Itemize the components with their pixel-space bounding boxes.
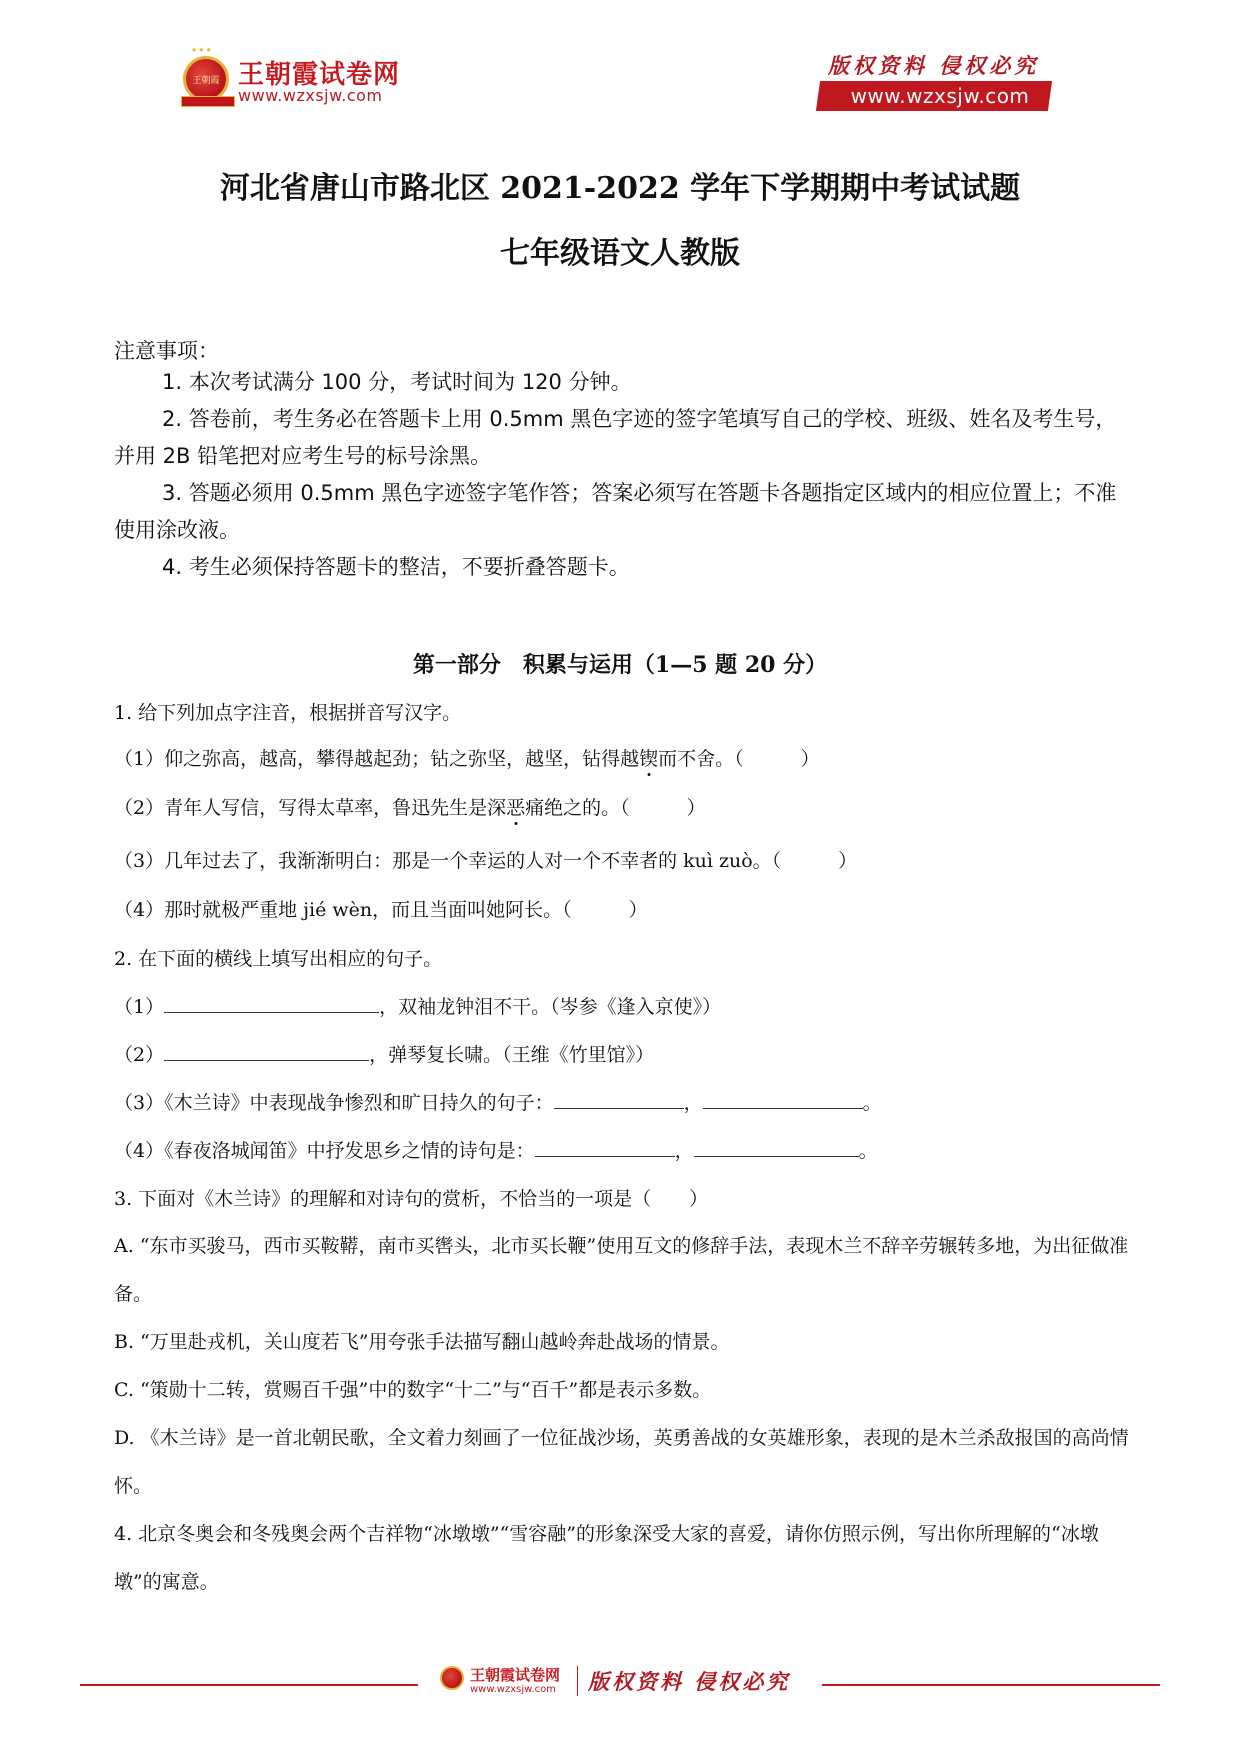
answer-blank[interactable] xyxy=(535,1138,675,1157)
question-1-stem: 1. 给下列加点字注音，根据拼音写汉字。 xyxy=(114,698,461,725)
notice-item-4: 4. 考生必须保持答题卡的整洁，不要折叠答题卡。 xyxy=(114,549,1124,586)
footer-brand-url: www.wzxsjw.com xyxy=(470,1684,556,1695)
separator: ， xyxy=(684,1092,703,1114)
dotted-char: 恶 xyxy=(506,797,525,819)
copyright-stamp: 版权资料 侵权必究 www.wzxsjw.com xyxy=(818,48,1058,114)
question-3-option-a: A. “东市买骏马，西市买鞍鞯，南市买辔头，北市买长鞭”使用互文的修辞手法，表现… xyxy=(114,1222,1134,1318)
footer-separator xyxy=(577,1666,578,1696)
item-label: （2） xyxy=(114,1044,164,1066)
section-title: 第一部分 积累与运用（1—5 题 20 分） xyxy=(0,648,1240,679)
question-2-item-2: （2），弹琴复长啸。（王维《竹里馆》） xyxy=(114,1040,654,1067)
notice-item-3: 3. 答题必须用 0.5mm 黑色字迹签字笔作答；答案必须写在答题卡各题指定区域… xyxy=(114,475,1124,549)
answer-blank[interactable] xyxy=(164,1042,369,1061)
question-1-item-1: （1）仰之弥高，越高，攀得越起劲；钻之弥坚，越坚，钻得越锲而不舍。（ ） xyxy=(114,744,820,771)
notice-heading: 注意事项： xyxy=(114,335,219,365)
answer-blank[interactable] xyxy=(703,1090,863,1109)
answer-blank[interactable] xyxy=(164,994,379,1013)
item-text: ，双袖龙钟泪不干。（岑参《逢入京使》） xyxy=(379,996,721,1018)
brand-badge-icon xyxy=(440,1666,464,1690)
question-3-option-d: D. 《木兰诗》是一首北朝民歌，全文着力刻画了一位征战沙场，英勇善战的女英雄形象… xyxy=(114,1414,1134,1510)
footer-copyright: 版权资料 侵权必究 xyxy=(588,1666,790,1696)
question-3-option-b: B. “万里赴戎机，关山度若飞”用夸张手法描写翻山越岭奔赴战场的情景。 xyxy=(114,1318,1134,1366)
answer-blank[interactable] xyxy=(694,1138,859,1157)
badge-text: 王朝霞 xyxy=(192,73,219,86)
question-3-stem: 3. 下面对《木兰诗》的理解和对诗句的赏析，不恰当的一项是（ ） xyxy=(114,1184,708,1211)
question-1-item-4: （4）那时就极严重地 jié wèn，而且当面叫她阿长。（ ） xyxy=(114,895,648,922)
question-4-stem: 4. 北京冬奥会和冬残奥会两个吉祥物“冰墩墩”“雪容融”的形象深受大家的喜爱，请… xyxy=(114,1510,1134,1606)
end-mark: 。 xyxy=(859,1140,878,1162)
end-mark: 。 xyxy=(863,1092,882,1114)
footer-brand-name: 王朝霞试卷网 xyxy=(470,1664,560,1685)
item-label: （4）《春夜洛城闻笛》中抒发思乡之情的诗句是： xyxy=(114,1140,535,1162)
item-text-end: 而不舍。（ ） xyxy=(658,748,820,770)
answer-blank[interactable] xyxy=(554,1090,684,1109)
item-text: （2）青年人写信，写得太草率，鲁迅先生是深 xyxy=(114,797,506,819)
question-3-option-c: C. “策勋十二转，赏赐百千强”中的数字“十二”与“百千”都是表示多数。 xyxy=(114,1366,1134,1414)
brand-logo: ★★★ 王朝霞 王朝霞试卷网 www.wzxsjw.com xyxy=(183,52,423,114)
footer-divider-right xyxy=(822,1684,1160,1686)
dotted-char: 锲 xyxy=(639,748,658,770)
copyright-notice: 版权资料 侵权必究 xyxy=(828,50,1039,80)
footer-logo: 王朝霞试卷网 www.wzxsjw.com 版权资料 侵权必究 xyxy=(440,1660,820,1710)
item-text: ，弹琴复长啸。（王维《竹里馆》） xyxy=(369,1044,654,1066)
badge-ribbon-icon xyxy=(181,96,235,107)
item-text: （1）仰之弥高，越高，攀得越起劲；钻之弥坚，越坚，钻得越 xyxy=(114,748,639,770)
question-1-item-2: （2）青年人写信，写得太草率，鲁迅先生是深恶痛绝之的。（ ） xyxy=(114,793,706,820)
stars-icon: ★★★ xyxy=(191,46,213,54)
url-banner-text: www.wzxsjw.com xyxy=(830,81,1050,111)
question-1-item-3: （3）几年过去了，我渐渐明白：那是一个幸运的人对一个不幸者的 kuì zuò。（… xyxy=(114,846,857,873)
exam-title: 河北省唐山市路北区 2021-2022 学年下学期期中考试试题 xyxy=(0,163,1240,207)
question-2-item-4: （4）《春夜洛城闻笛》中抒发思乡之情的诗句是：，。 xyxy=(114,1136,878,1163)
notice-item-1: 1. 本次考试满分 100 分，考试时间为 120 分钟。 xyxy=(114,364,1124,401)
notice-item-2: 2. 答卷前，考生务必在答题卡上用 0.5mm 黑色字迹的签字笔填写自己的学校、… xyxy=(114,401,1124,475)
footer-divider-left xyxy=(80,1684,418,1686)
separator: ， xyxy=(675,1140,694,1162)
question-2-item-3: （3）《木兰诗》中表现战争惨烈和旷日持久的句子：，。 xyxy=(114,1088,882,1115)
item-label: （1） xyxy=(114,996,164,1018)
question-2-item-1: （1），双袖龙钟泪不干。（岑参《逢入京使》） xyxy=(114,992,721,1019)
exam-subtitle: 七年级语文人教版 xyxy=(0,228,1240,272)
item-text-end: 痛绝之的。（ ） xyxy=(525,797,706,819)
brand-url: www.wzxsjw.com xyxy=(238,86,382,105)
item-label: （3）《木兰诗》中表现战争惨烈和旷日持久的句子： xyxy=(114,1092,554,1114)
question-2-stem: 2. 在下面的横线上填写出相应的句子。 xyxy=(114,944,442,971)
